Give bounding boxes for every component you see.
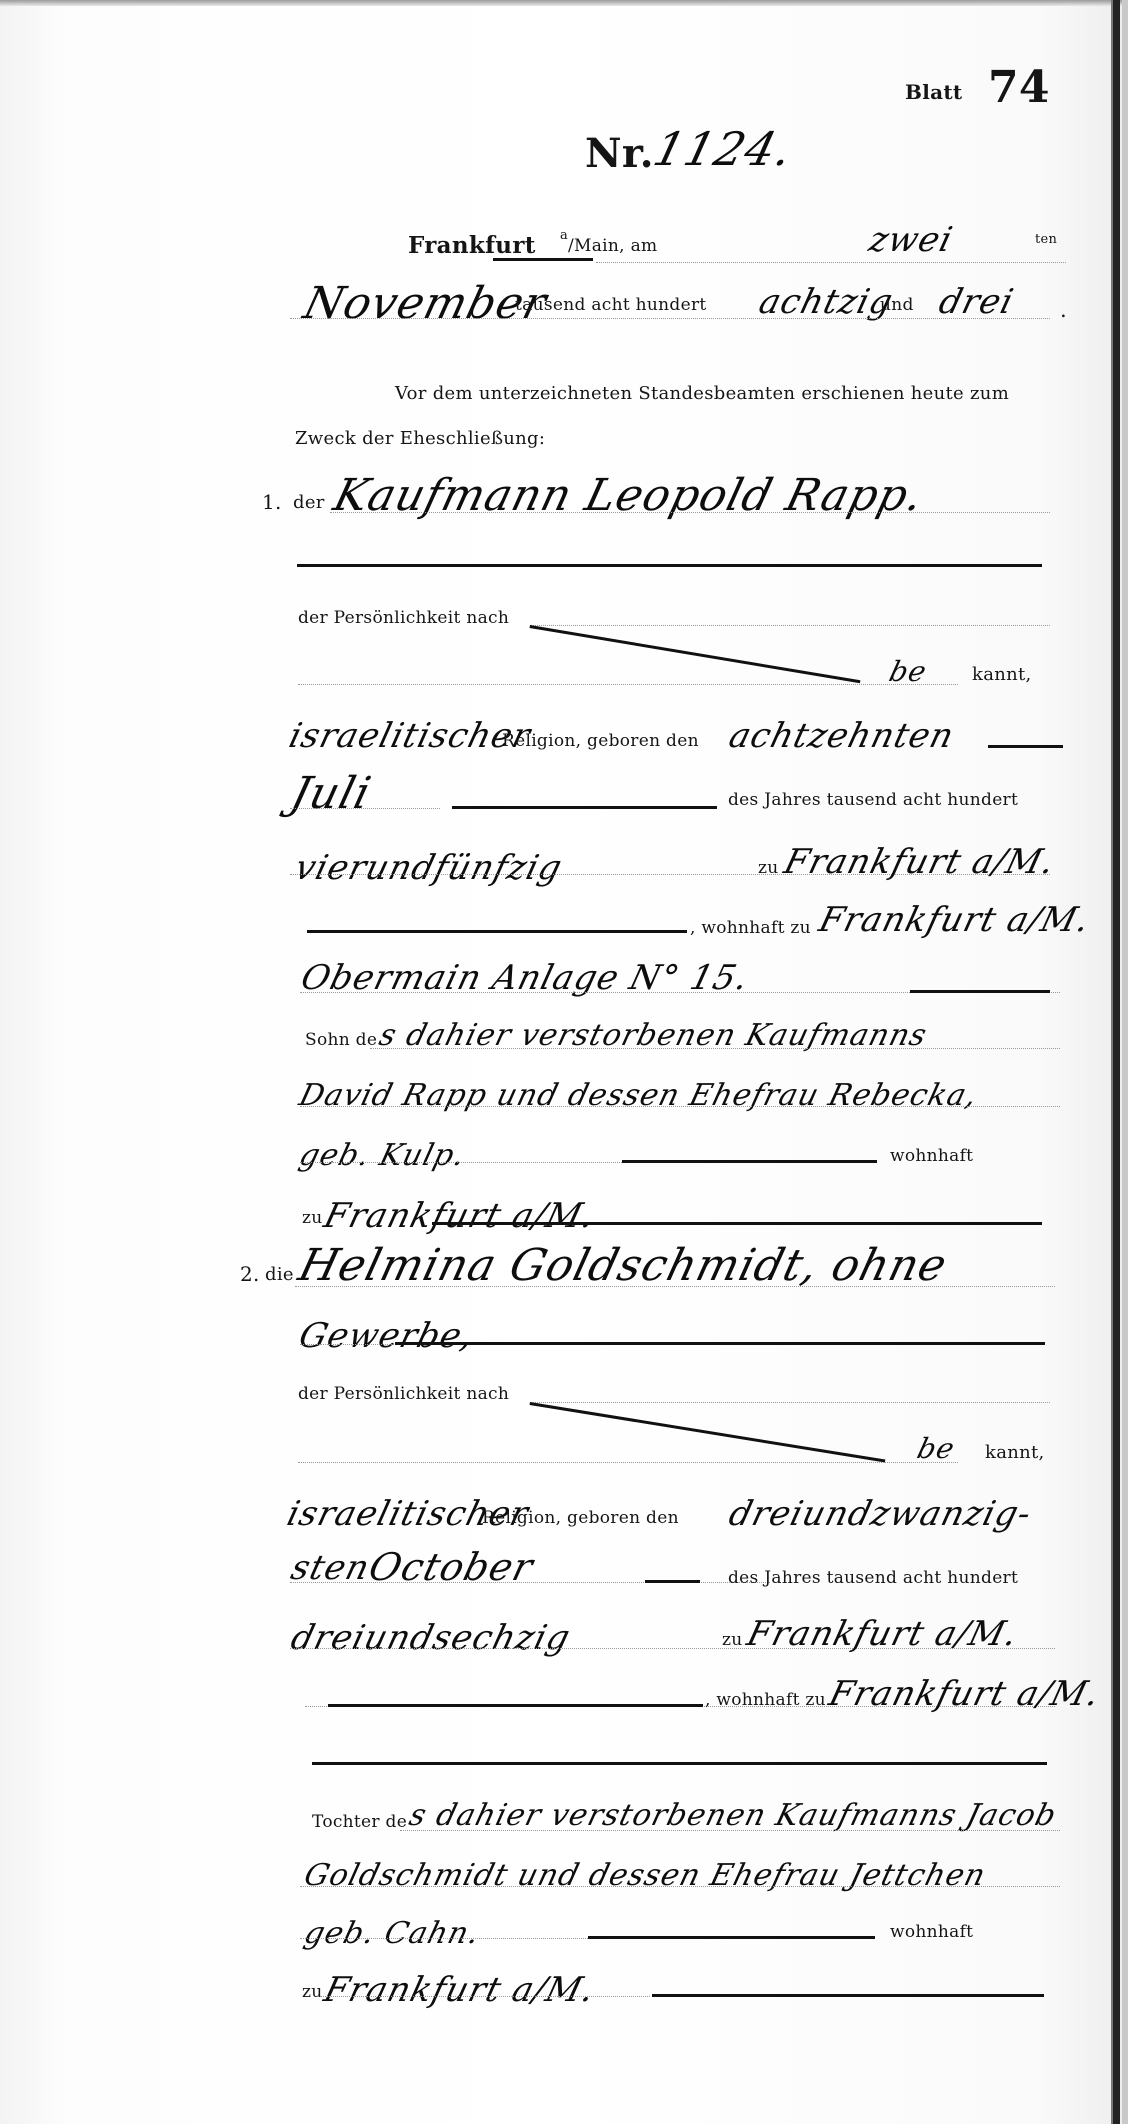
bride-residence: Frankfurt a/M. [825,1674,1104,1714]
month-dotted-line [290,318,1050,319]
groom-article: der [293,492,325,513]
year-and: und [880,295,914,315]
year-tens-handwritten: achtzig [755,282,897,322]
bride-blank-rule [312,1762,1047,1765]
bride-residence-label: , wohnhaft zu [705,1690,826,1710]
binding-edge [1111,0,1120,2124]
bride-parents-residence-prefix: zu [302,1982,323,2002]
groom-parents-dotted-1 [370,1048,1060,1049]
groom-birth-place-label: zu [758,858,779,878]
day-handwritten: zwei [865,220,957,260]
bride-parents-residence-dotted [320,1996,650,1997]
bride-birth-place: Frankfurt a/M. [743,1614,1022,1654]
groom-name-rule [297,564,1042,567]
groom-number: 1. [262,490,282,514]
groom-religion-label: Religion, geboren den [502,731,699,751]
page-top-edge [0,0,1128,6]
bride-name-dotted [295,1286,1055,1287]
bride-birth-day: dreiundzwanzig- [725,1494,1036,1534]
bride-number: 2. [240,1262,260,1286]
bride-identity-label: der Persönlichkeit nach [298,1384,509,1404]
groom-parents-residence: Frankfurt a/M. [320,1196,599,1236]
place-suffix: /Main, am [568,236,657,256]
groom-identity-suffix: kannt, [972,664,1032,685]
groom-birth-year: vierundfünfzig [291,848,567,888]
groom-birth-place: Frankfurt a/M. [780,842,1059,882]
bride-identity-suffix: kannt, [985,1442,1045,1463]
sheet-label: Blatt [905,80,962,104]
groom-birth-month-dotted [290,808,440,809]
groom-identity-dotted-line-2 [298,684,958,685]
bride-parents-residence-label: wohnhaft [890,1922,973,1942]
groom-parents-line-3: geb. Kulp. [296,1138,469,1173]
groom-name-dotted-line [330,512,1050,513]
groom-residence-label: , wohnhaft zu [690,918,811,938]
year-units-handwritten: drei [935,282,1018,322]
date-period: . [1060,298,1067,322]
bride-parents-line-2: Goldschmidt und dessen Ehefrau Jettchen [301,1858,990,1893]
groom-birth-day: achtzehnten [725,716,958,756]
groom-parents-rule [622,1160,877,1163]
bride-parents-rule [588,1936,875,1939]
bride-parents-residence: Frankfurt a/M. [320,1970,599,2010]
intro-line-1: Vor dem unterzeichneten Standesbeamten e… [395,383,1009,404]
intro-line-2: Zweck der Eheschließung: [295,428,545,449]
groom-parents-line-2: David Rapp und dessen Ehefrau Rebecka, [296,1078,982,1113]
bride-parents-dotted-2 [300,1886,1060,1887]
groom-name: Kaufmann Leopold Rapp. [329,470,929,521]
groom-year-label: des Jahres tausend acht hundert [728,790,1018,810]
groom-residence-rule [307,930,687,933]
bride-name: Helmina Goldschmidt, ohne [294,1240,953,1291]
groom-identity-dotted-line-1 [530,625,1050,626]
bride-parents-residence-rule [652,1994,1044,1997]
sheet-number: 74 [988,62,1050,113]
groom-birth-month-rule [452,806,717,809]
bride-name-rule [395,1342,1045,1345]
entry-label: Nr. [585,130,654,177]
year-printed: tausend acht hundert [515,295,707,315]
groom-parents-dotted-2 [300,1106,1060,1107]
bride-residence-rule [328,1704,703,1707]
bride-parents-label: Tochter de [312,1812,407,1832]
groom-birth-month: Juli [286,768,377,819]
bride-article: die [265,1264,294,1285]
bride-parents-dotted-1 [400,1830,1060,1831]
groom-identity-label: der Persönlichkeit nach [298,608,509,628]
bride-parents-line-3: geb. Cahn. [301,1916,484,1951]
groom-residence: Frankfurt a/M. [815,900,1094,940]
day-dotted-line [596,262,1066,263]
bride-religion-label: Religion, geboren den [482,1508,679,1528]
day-suffix: ten [1035,232,1057,247]
binding-edge-outer [1122,0,1128,2124]
bride-name-line-2: Gewerbe, [295,1316,478,1356]
bride-birth-month-rule [645,1580,700,1583]
bride-identity-dotted-1 [530,1402,1050,1403]
groom-parents-residence-prefix: zu [302,1208,323,1228]
bride-parents-line-1: s dahier verstorbenen Kaufmanns Jacob [406,1798,1061,1833]
place-suffix-sup: a [560,228,568,243]
groom-birth-day-rule [988,745,1063,748]
bride-birth-place-label: zu [722,1630,743,1650]
bride-birth-year: dreiundsechzig [287,1618,575,1658]
groom-parents-residence-rule [432,1222,1042,1225]
groom-address-rule [910,990,1050,993]
groom-parents-residence-label: wohnhaft [890,1146,973,1166]
bride-year-label: des Jahres tausend acht hundert [728,1568,1018,1588]
groom-religion: israelitischer [285,716,535,756]
place-printed: Frankfurt [408,232,536,259]
entry-number: 1124. [648,122,798,176]
groom-parents-label: Sohn de [305,1030,377,1050]
bride-identity-dotted-2 [298,1462,958,1463]
